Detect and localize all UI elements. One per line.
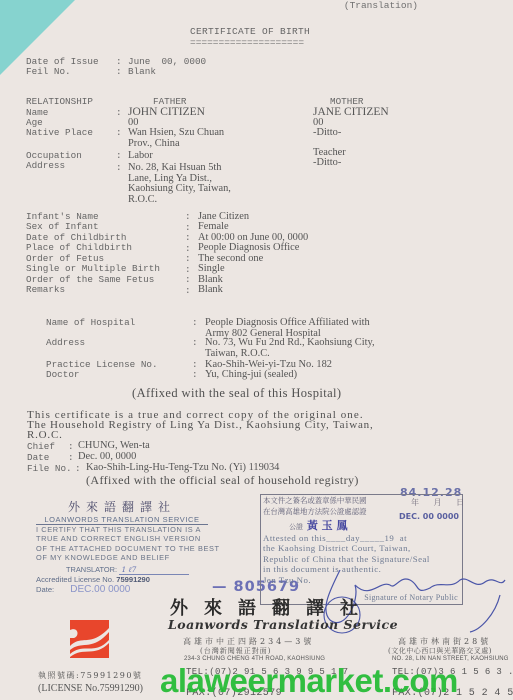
colon: : [192,338,198,349]
office2-landmark-cn: (文化中心西口與光華路交叉處) [388,646,492,656]
colon: : [116,108,122,119]
file-no-value: Kao-Shih-Ling-Hu-Teng-Tzu No. (Yi) 11903… [86,463,279,474]
colon: : [116,151,122,162]
brand-name-en: Loanwords Translation Service [168,617,398,632]
chief-value: CHUNG, Wen-ta [78,441,150,452]
birth-type-label: Single or Multiple Birth [26,264,160,275]
infant-sex-value: Female [198,222,229,233]
stamp-company-cn: 外來語翻譯社 [36,498,208,515]
colon: : [116,67,122,78]
translator-certification-stamp: 外來語翻譯社 LOANWORDS TRANSLATION SERVICE I C… [36,498,208,595]
translator-signature: 1 ℓ7 [119,565,189,575]
colon: : [116,163,122,174]
colon: : [192,318,198,329]
license-label: Accredited License No. [36,575,114,584]
watermark-text: alaweermarket.com [160,662,458,700]
company-logo-icon [70,620,109,658]
file-no-label: File No. [27,464,72,475]
hospital-name-label: Name of Hospital [46,318,135,329]
doctor-value: Yu, Ching-jui (sealed) [205,370,297,381]
hospital-seal-note: (Affixed with the seal of this Hospital) [132,386,341,401]
feil-label: Feil No. [26,67,71,78]
office1-landmark-cn: (台灣新聞報正對面) [200,646,271,656]
remarks-value: Blank [198,285,223,296]
registry-date-label: Date [27,453,49,464]
title-underline: ==================== [190,37,304,48]
mother-address: -Ditto- [313,158,341,169]
document-title: CERTIFICATE OF BIRTH [190,26,310,37]
relationship-label: RELATIONSHIP [26,97,93,108]
colon: : [68,442,74,453]
translation-label: (Translation) [344,0,418,11]
father-native-place: Wan Hsien, Szu Chuan Prov., China [128,128,224,149]
stamp-date-row: Date: DEC.00 0000 [36,584,208,595]
hospital-address-label: Address [46,338,85,349]
mother-name: JANE CITIZEN [313,107,389,118]
translator-label: TRANSLATOR: [66,565,117,574]
stamp-company-en: LOANWORDS TRANSLATION SERVICE [36,515,208,525]
doctor-label: Doctor [46,370,79,381]
notary-label: 公證 [289,523,303,531]
address-label: Address [26,161,65,172]
stamp-date-value: DEC.00 0000 [70,584,130,595]
mother-native-place: -Ditto- [313,128,341,139]
license-cn: 執照號碼:75991290號 [38,670,142,681]
father-occupation: Labor [128,151,153,162]
registry-office: The Household Registry of Ling Ya Dist.,… [27,421,374,440]
birth-type-value: Single [198,264,225,275]
stamp-date-label: Date: [36,585,54,594]
colon: : [192,370,198,381]
colons-column: : : : : : : : : [185,212,191,296]
accredited-license: Accredited License No. 75991290 [36,575,208,584]
colon: : [75,464,81,475]
native-place-label: Native Place [26,128,93,139]
hospital-name-value: People Diagnosis Office Affiliated with … [205,318,370,339]
father-address: No. 28, Kai Hsuan 5th Lane, Ling Ya Dist… [128,163,231,205]
infant-sex-label: Sex of Infant [26,222,99,233]
hospital-address-value: No. 73, Wu Fu 2nd Rd., Kaohsiung City, T… [205,338,375,359]
colon: : [68,453,74,464]
registry-seal-note: (Affixed with the official seal of house… [86,473,359,488]
notary-ymd: 年 月 日 [411,497,470,508]
license-en: (LICENSE No.75991290) [38,683,143,694]
license-number: 75991290 [116,575,150,584]
childbirth-place-value: People Diagnosis Office [198,243,299,254]
colon: : [116,128,122,139]
translator-signature-line: TRANSLATOR: 1 ℓ7 [36,565,208,575]
childbirth-place-label: Place of Childbirth [26,243,132,254]
father-name: JOHN CITIZEN [128,107,205,118]
stamp-certify-text: I CERTIFY THAT THIS TRANSLATION IS A TRU… [36,525,208,563]
notary-dec-stamp: DEC. 00 0000 [399,512,459,521]
notary-name: 黃 玉 鳳 [307,519,348,532]
registry-date-value: Dec. 00, 0000 [78,452,136,463]
feil-value: Blank [128,67,156,78]
remarks-label: Remarks [26,285,65,296]
chief-label: Chief [27,442,55,453]
